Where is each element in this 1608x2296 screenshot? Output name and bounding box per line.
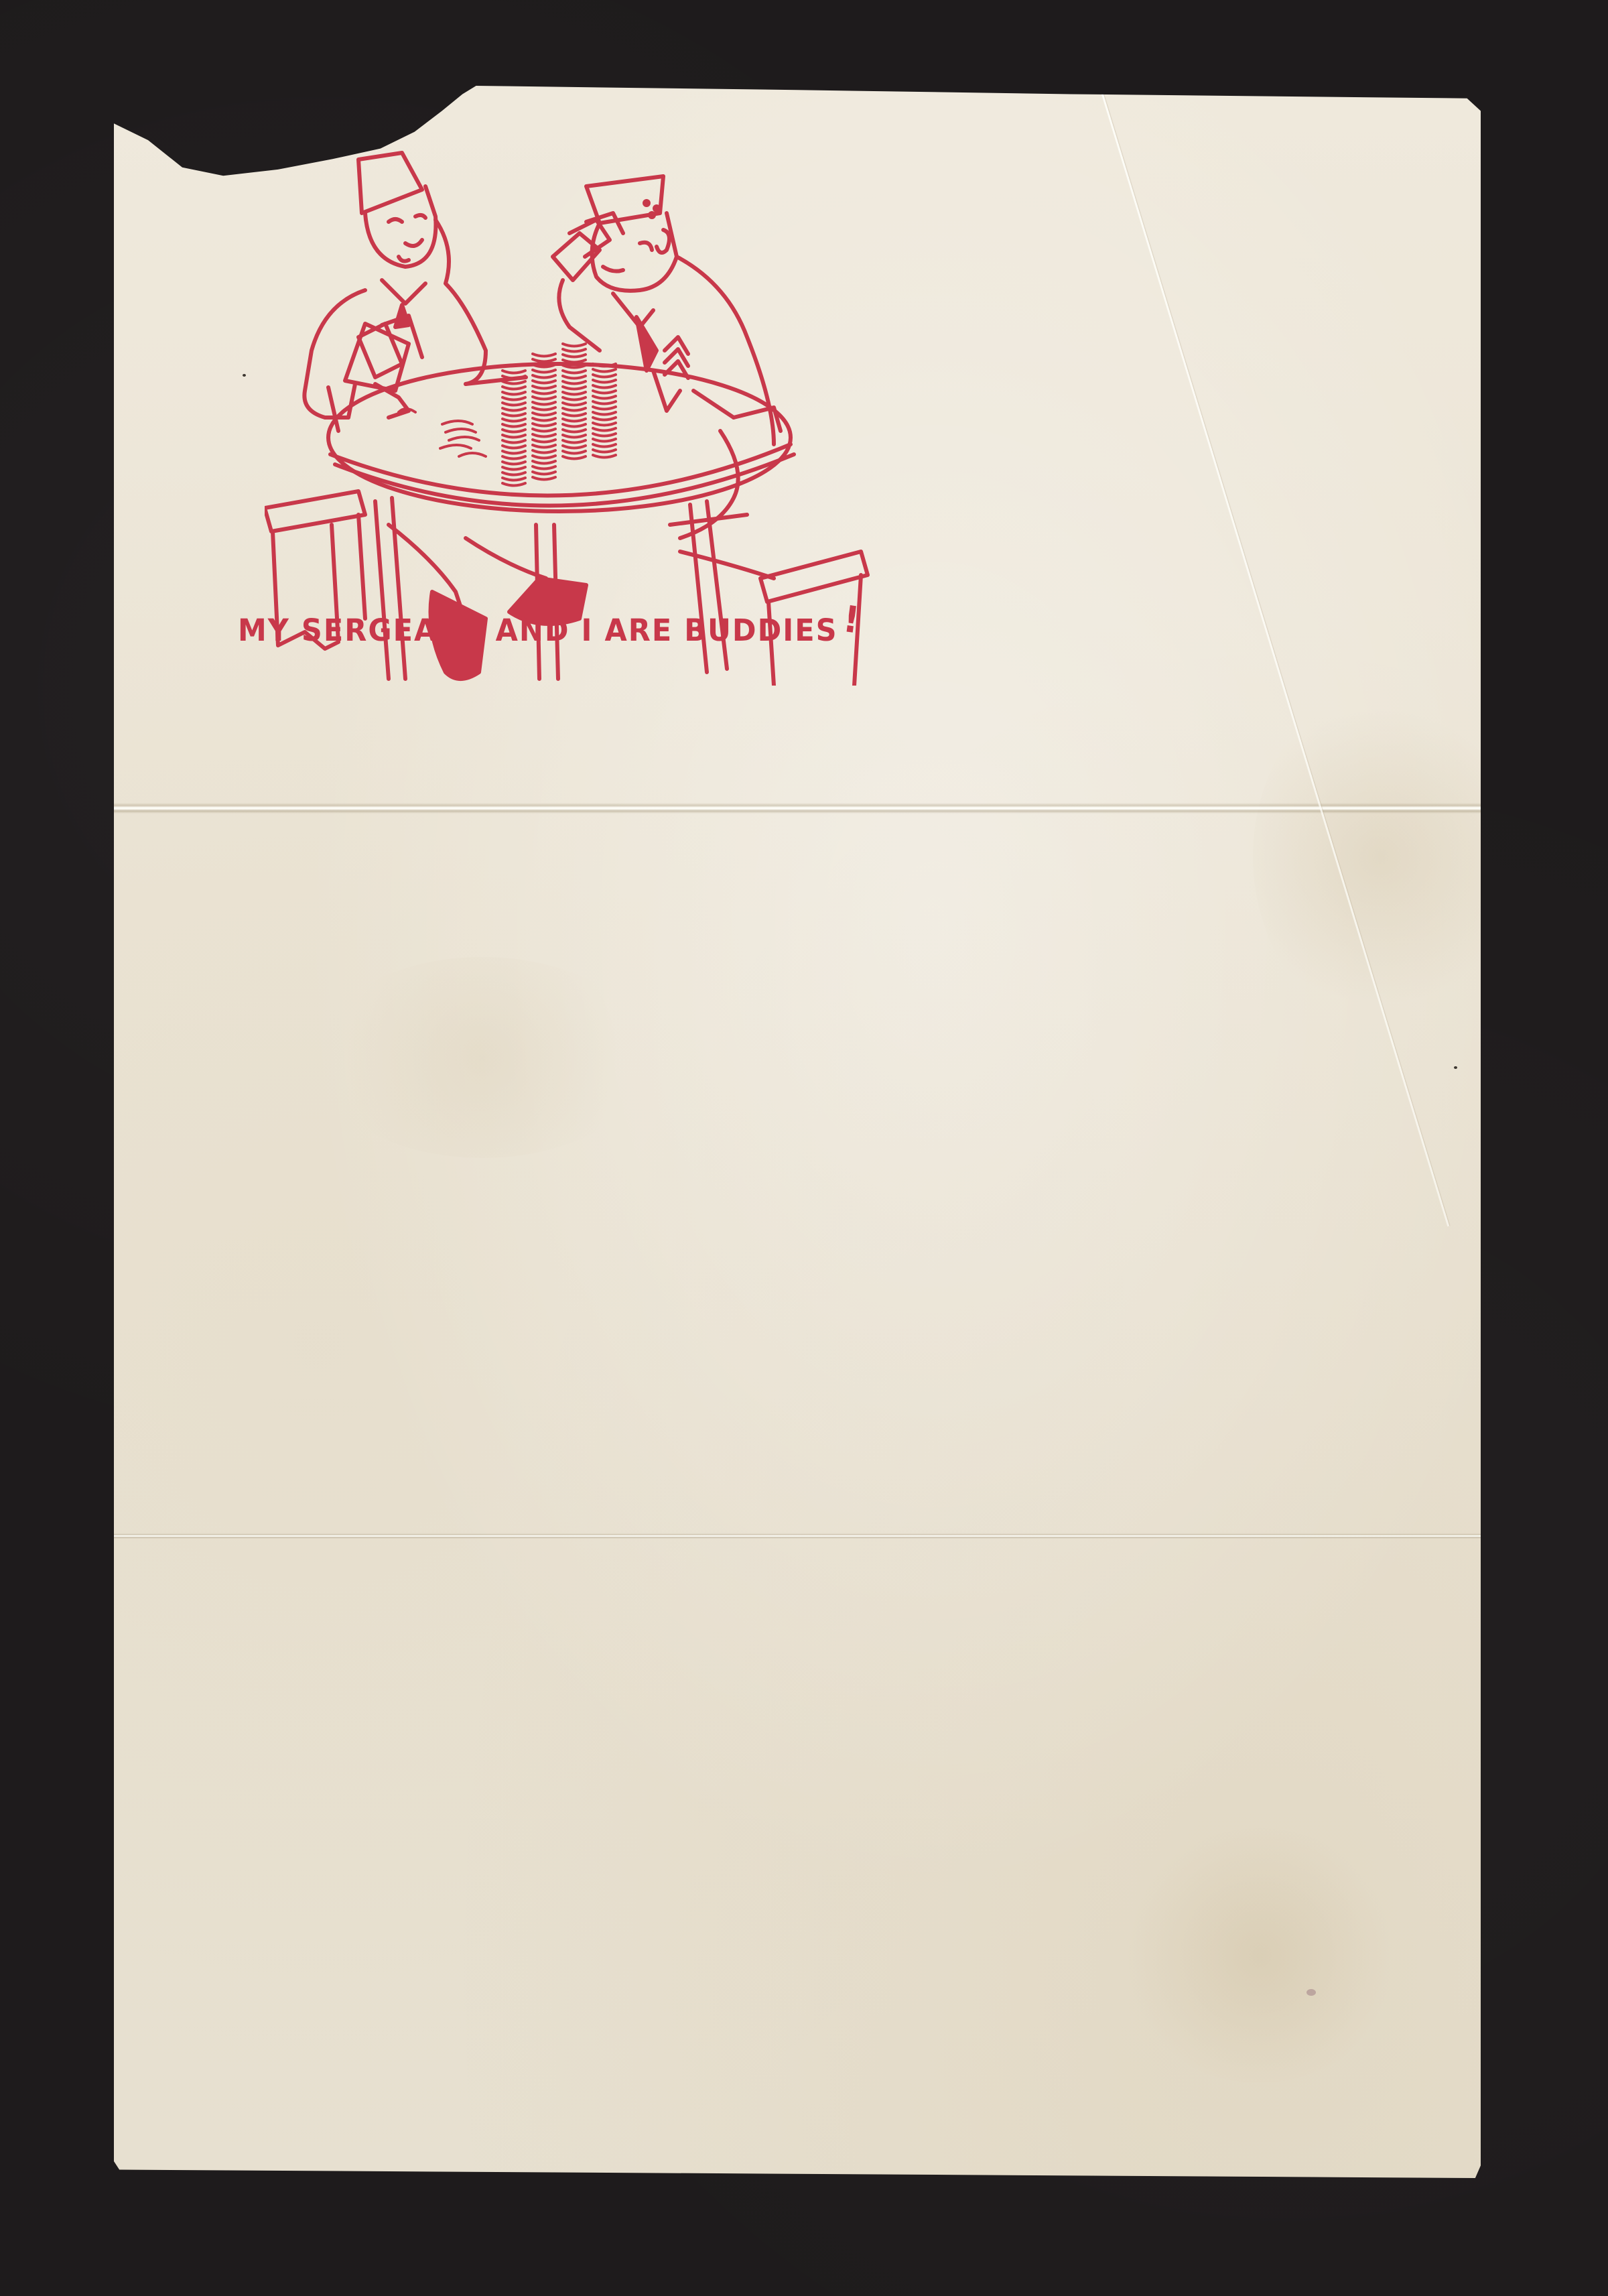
poker-chips-icon: [399, 409, 486, 456]
paper-speck: [1306, 1989, 1316, 1996]
age-stain: [1253, 689, 1507, 1024]
soldier-sergeant-icon: [553, 176, 781, 578]
paper-speck: [1454, 1066, 1457, 1069]
fold-crease-upper: [114, 803, 1481, 814]
letterhead-caption: MY SERGEANT AND I ARE BUDDIES!: [238, 608, 859, 650]
age-stain: [1119, 1828, 1400, 2083]
fold-crease-lower: [114, 1533, 1481, 1539]
letter-sheet: MY SERGEANT AND I ARE BUDDIES!: [114, 86, 1481, 2178]
caption-text: MY SERGEANT AND I ARE BUDDIES: [238, 613, 838, 649]
paper-speck: [243, 374, 246, 377]
age-stain: [315, 957, 650, 1158]
diagonal-crease: [1099, 85, 1449, 1226]
soldiers-card-game-illustration: [265, 149, 941, 686]
sergeant-chevron-icon: [665, 337, 688, 378]
